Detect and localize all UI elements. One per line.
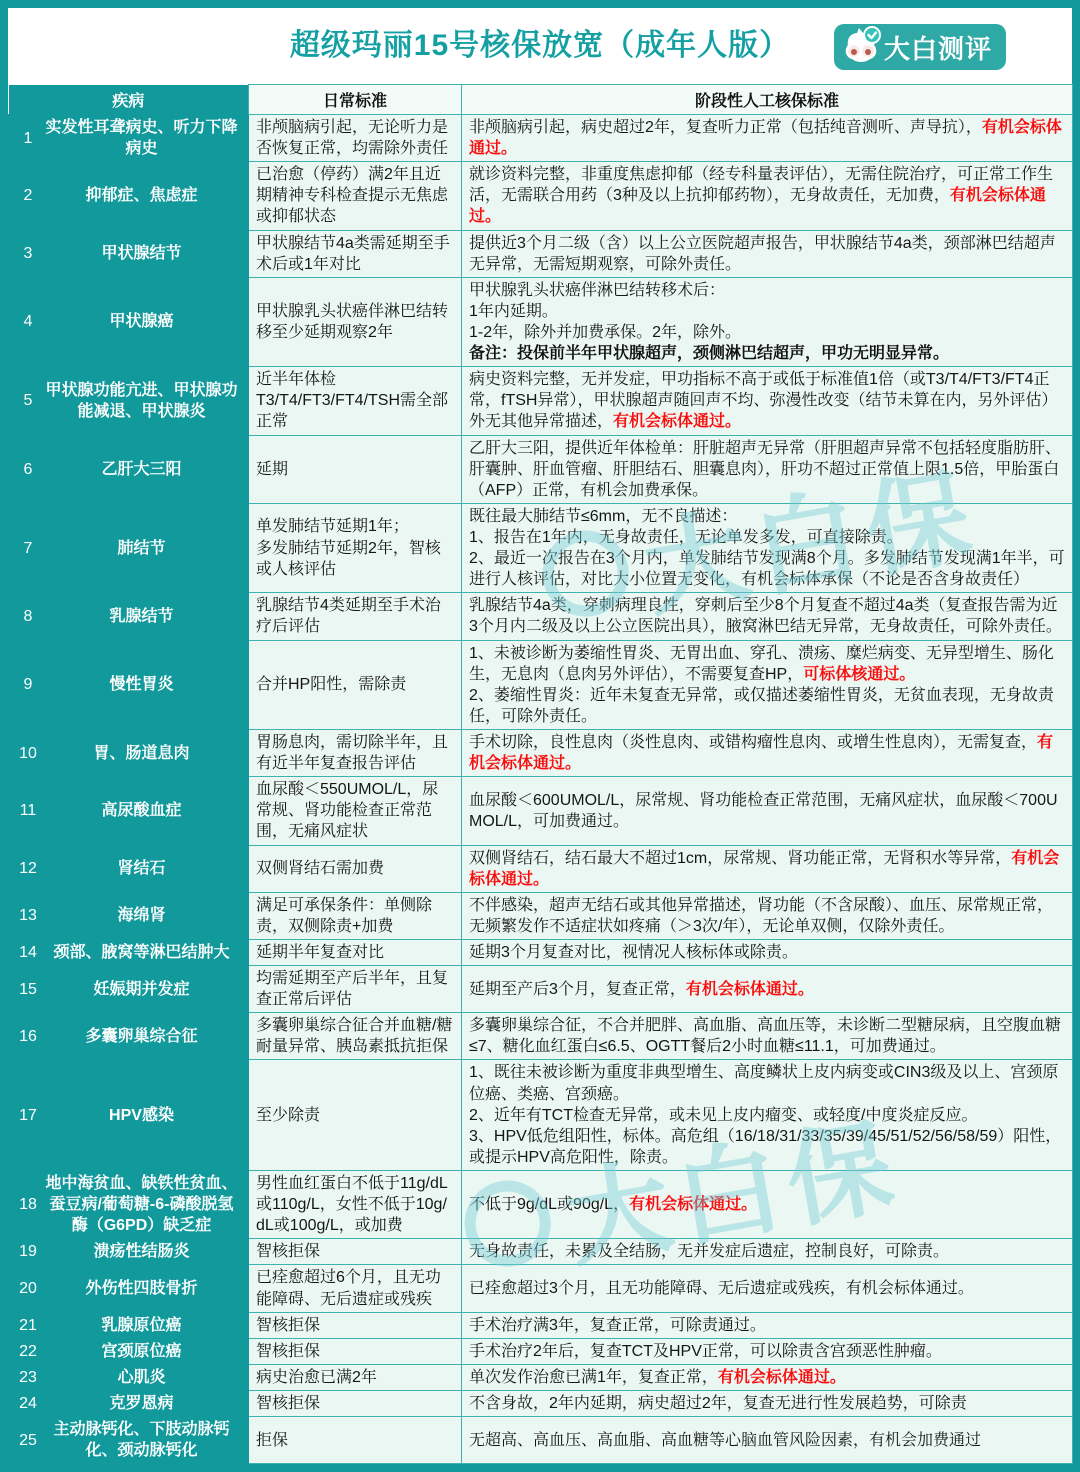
- cell-text: 不伴感染，超声无结石或其他异常描述，肾功能（不含尿酸）、血压、尿常规正常，无频繁…: [469, 897, 1053, 935]
- daily-standard-paragraph: 男性血红蛋白不低于11g/dL或110g/L，女性不低于10g/dL或100g/…: [256, 1173, 454, 1236]
- manual-standard-paragraph: 延期至产后3个月，复查正常，有机会标体通过。: [469, 979, 1065, 1000]
- disease-cell: 8乳腺结节: [9, 593, 249, 640]
- disease-name: 高尿酸血症: [45, 800, 246, 821]
- disease-cell-layout: 17HPV感染: [11, 1105, 246, 1126]
- disease-cell-layout: 4甲状腺癌: [11, 311, 246, 332]
- disease-cell-layout: 14颈部、腋窝等淋巴结肿大: [11, 942, 246, 963]
- manual-standard-cell: 已痊愈超过3个月，且无功能障碍、无后遗症或残疾，有机会标体通过。: [462, 1265, 1073, 1312]
- daily-standard-cell: 至少除责: [249, 1060, 462, 1171]
- manual-standard-paragraph: 2、最近一次报告在3个月内，单发肺结节发现满8个月。多发肺结节发现满1年半，可进…: [469, 548, 1065, 590]
- manual-standard-cell: 血尿酸＜600UMOL/L，尿常规、肾功能检查正常范围，无痛风症状，血尿酸＜70…: [462, 777, 1073, 845]
- daily-standard-paragraph: 智核拒保: [256, 1393, 454, 1414]
- daily-standard-cell: 智核拒保: [249, 1239, 462, 1265]
- manual-standard-cell: 乳腺结节4a类，穿刺病理良性，穿刺后至少8个月复查不超过4a类（复查报告需为近3…: [462, 593, 1073, 640]
- disease-name: 地中海贫血、缺铁性贫血、蚕豆病/葡萄糖-6-磷酸脱氢酶（G6PD）缺乏症: [45, 1173, 246, 1236]
- highlight-red-text: 有机会标体通过。: [686, 981, 814, 998]
- row-number: 16: [11, 1026, 45, 1047]
- table-row: 2抑郁症、焦虑症已治愈（停药）满2年且近期精神专科检查提示无焦虑或抑郁状态就诊资…: [9, 162, 1073, 230]
- disease-cell: 21乳腺原位癌: [9, 1312, 249, 1338]
- disease-cell: 17HPV感染: [9, 1060, 249, 1171]
- table-row: 11高尿酸血症血尿酸＜550UMOL/L，尿常规、肾功能检查正常范围，无痛风症状…: [9, 777, 1073, 845]
- cell-text: 不低于9g/dL或90g/L，: [469, 1196, 629, 1213]
- cell-text: 无身故责任，未累及全结肠，无并发症后遗症，控制良好，可除责。: [469, 1243, 949, 1260]
- table-row: 9慢性胃炎合并HP阳性，需除责1、未被诊断为萎缩性胃炎、无胃出血、穿孔、溃疡、糜…: [9, 640, 1073, 729]
- disease-cell: 4甲状腺癌: [9, 277, 249, 366]
- manual-standard-paragraph: 不伴感染，超声无结石或其他异常描述，肾功能（不含尿酸）、血压、尿常规正常，无频繁…: [469, 895, 1065, 937]
- cell-text: 2、近年有TCT检查无异常，或未见上皮内瘤变、或轻度/中度炎症反应。: [469, 1107, 977, 1124]
- table-head: 疾病 日常标准 阶段性人工核保标准: [9, 85, 1073, 115]
- disease-cell-layout: 24克罗恩病: [11, 1393, 246, 1414]
- manual-standard-cell: 不含身故，2年内延期，病史超过2年，复查无进行性发展趋势，可除责: [462, 1391, 1073, 1417]
- daily-standard-paragraph: 甲状腺结节4a类需延期至手术后或1年对比: [256, 233, 454, 275]
- disease-cell-layout: 16多囊卵巢综合征: [11, 1026, 246, 1047]
- disease-name: 颈部、腋窝等淋巴结肿大: [45, 942, 246, 963]
- cell-text: T3/T4/FT3/FT4/TSH需全部正常: [256, 392, 448, 430]
- cell-text: 病史治愈已满2年: [256, 1369, 377, 1386]
- disease-cell-layout: 21乳腺原位癌: [11, 1315, 246, 1336]
- disease-cell: 15妊娠期并发症: [9, 966, 249, 1013]
- daily-standard-paragraph: 血尿酸＜550UMOL/L，尿常规、肾功能检查正常范围，无痛风症状: [256, 779, 454, 842]
- disease-cell-layout: 19溃疡性结肠炎: [11, 1241, 246, 1262]
- daily-standard-paragraph: 病史治愈已满2年: [256, 1367, 454, 1388]
- daily-standard-paragraph: 智核拒保: [256, 1315, 454, 1336]
- row-number: 18: [11, 1194, 45, 1215]
- disease-cell-layout: 2抑郁症、焦虑症: [11, 185, 246, 206]
- row-number: 11: [11, 800, 45, 821]
- header-row: 疾病 日常标准 阶段性人工核保标准: [9, 85, 1073, 115]
- cell-text: 近半年体检: [256, 371, 336, 388]
- cell-text: 提供近3个月二级（含）以上公立医院超声报告，甲状腺结节4a类，颈部淋巴结超声无异…: [469, 235, 1056, 273]
- daily-standard-paragraph: 已痊愈超过6个月，且无功能障碍、无后遗症或残疾: [256, 1267, 454, 1309]
- disease-cell-layout: 9慢性胃炎: [11, 674, 246, 695]
- manual-standard-paragraph: 血尿酸＜600UMOL/L，尿常规、肾功能检查正常范围，无痛风症状，血尿酸＜70…: [469, 790, 1065, 832]
- disease-name: 妊娠期并发症: [45, 979, 246, 1000]
- daily-standard-cell: 拒保: [249, 1417, 462, 1464]
- table-row: 14颈部、腋窝等淋巴结肿大延期半年复查对比延期3个月复查对比，视情况人核标体或除…: [9, 939, 1073, 965]
- cell-text: 手术切除，良性息肉（炎性息肉、或错构瘤性息肉、或增生性息肉），无需复查，: [469, 734, 1037, 751]
- cell-text: 智核拒保: [256, 1343, 320, 1360]
- disease-cell-layout: 10胃、肠道息肉: [11, 743, 246, 764]
- disease-cell-layout: 23心肌炎: [11, 1367, 246, 1388]
- disease-cell: 5甲状腺功能亢进、甲状腺功能减退、甲状腺炎: [9, 367, 249, 435]
- highlight-red-text: 有机会标体通过。: [613, 413, 741, 430]
- table-row: 1实发性耳聋病史、听力下降病史非颅脑病引起，无论听力是否恢复正常，均需除外责任非…: [9, 115, 1073, 162]
- row-number: 9: [11, 674, 45, 695]
- cell-text: 手术治疗满3年，复查正常，可除责通过。: [469, 1317, 766, 1334]
- manual-standard-paragraph: 2、近年有TCT检查无异常，或未见上皮内瘤变、或轻度/中度炎症反应。: [469, 1105, 1065, 1126]
- daily-standard-cell: 已治愈（停药）满2年且近期精神专科检查提示无焦虑或抑郁状态: [249, 162, 462, 230]
- table-row: 25主动脉钙化、下肢动脉钙化、颈动脉钙化拒保无超高、高血压、高血脂、高血糖等心脑…: [9, 1417, 1073, 1464]
- daily-standard-cell: 乳腺结节4类延期至手术治疗后评估: [249, 593, 462, 640]
- manual-standard-cell: 1、既往未被诊断为重度非典型增生、高度鳞状上皮内病变或CIN3级及以上、宫颈原位…: [462, 1060, 1073, 1171]
- disease-cell-layout: 13海绵肾: [11, 905, 246, 926]
- manual-standard-cell: 就诊资料完整，非重度焦虑抑郁（经专科量表评估），无需住院治疗，可正常工作生活，无…: [462, 162, 1073, 230]
- manual-standard-cell: 手术切除，良性息肉（炎性息肉、或错构瘤性息肉、或增生性息肉），无需复查，有机会标…: [462, 729, 1073, 776]
- daily-standard-paragraph: 甲状腺乳头状癌伴淋巴结转移至少延期观察2年: [256, 301, 454, 343]
- cell-text: 双侧肾结石，结石最大不超过1cm，尿常规、肾功能正常，无肾积水等异常，: [469, 850, 1011, 867]
- manual-standard-paragraph: 手术治疗2年后，复查TCT及HPV正常，可以除责含宫颈恶性肿瘤。: [469, 1341, 1065, 1362]
- disease-name: 抑郁症、焦虑症: [45, 185, 246, 206]
- cell-text: 血尿酸＜600UMOL/L，尿常规、肾功能检查正常范围，无痛风症状，血尿酸＜70…: [469, 792, 1058, 830]
- daily-standard-paragraph: 至少除责: [256, 1105, 454, 1126]
- manual-standard-paragraph: 乳腺结节4a类，穿刺病理良性，穿刺后至少8个月复查不超过4a类（复查报告需为近3…: [469, 595, 1065, 637]
- column-header-daily-standard: 日常标准: [249, 85, 462, 115]
- cell-text: 不含身故，2年内延期，病史超过2年，复查无进行性发展趋势，可除责: [469, 1395, 967, 1412]
- row-number: 19: [11, 1241, 45, 1262]
- daily-standard-cell: 单发肺结节延期1年；多发肺结节延期2年，智核或人核评估: [249, 503, 462, 592]
- cell-text: 2、萎缩性胃炎：近年未复查无异常，或仅描述萎缩性胃炎，无贫血表现，无身故责任，可…: [469, 687, 1054, 725]
- daily-standard-cell: 病史治愈已满2年: [249, 1364, 462, 1390]
- table-row: 18地中海贫血、缺铁性贫血、蚕豆病/葡萄糖-6-磷酸脱氢酶（G6PD）缺乏症男性…: [9, 1171, 1073, 1239]
- daily-standard-cell: 非颅脑病引起，无论听力是否恢复正常，均需除外责任: [249, 115, 462, 162]
- daily-standard-paragraph: 合并HP阳性，需除责: [256, 674, 454, 695]
- manual-standard-paragraph: 非颅脑病引起，病史超过2年，复查听力正常（包括纯音测听、声导抗），有机会标体通过…: [469, 117, 1065, 159]
- disease-cell: 22宫颈原位癌: [9, 1338, 249, 1364]
- daily-standard-paragraph: 胃肠息肉，需切除半年，且有近半年复查报告评估: [256, 732, 454, 774]
- daily-standard-paragraph: 单发肺结节延期1年；: [256, 516, 454, 537]
- table-row: 15妊娠期并发症均需延期至产后半年，且复查正常后评估延期至产后3个月，复查正常，…: [9, 966, 1073, 1013]
- daily-standard-cell: 血尿酸＜550UMOL/L，尿常规、肾功能检查正常范围，无痛风症状: [249, 777, 462, 845]
- daily-standard-cell: 智核拒保: [249, 1312, 462, 1338]
- manual-standard-cell: 无身故责任，未累及全结肠，无并发症后遗症，控制良好，可除责。: [462, 1239, 1073, 1265]
- table-body: 1实发性耳聋病史、听力下降病史非颅脑病引起，无论听力是否恢复正常，均需除外责任非…: [9, 115, 1073, 1464]
- disease-cell-layout: 20外伤性四肢骨折: [11, 1278, 246, 1299]
- cell-text: 乳腺结节4a类，穿刺病理良性，穿刺后至少8个月复查不超过4a类（复查报告需为近3…: [469, 597, 1062, 635]
- highlight-red-text: 可标体核通过。: [803, 666, 915, 683]
- daily-standard-cell: 双侧肾结石需加费: [249, 845, 462, 892]
- row-number: 15: [11, 979, 45, 1000]
- table-row: 22宫颈原位癌智核拒保手术治疗2年后，复查TCT及HPV正常，可以除责含宫颈恶性…: [9, 1338, 1073, 1364]
- disease-name: 溃疡性结肠炎: [45, 1241, 246, 1262]
- manual-standard-paragraph: 1-2年，除外并加费承保。2年，除外。: [469, 322, 1065, 343]
- manual-standard-cell: 手术治疗满3年，复查正常，可除责通过。: [462, 1312, 1073, 1338]
- row-number: 25: [11, 1430, 45, 1451]
- cell-text: 延期3个月复查对比，视情况人核标体或除责。: [469, 944, 798, 961]
- table-row: 20外伤性四肢骨折已痊愈超过6个月，且无功能障碍、无后遗症或残疾已痊愈超过3个月…: [9, 1265, 1073, 1312]
- disease-cell: 24克罗恩病: [9, 1391, 249, 1417]
- cell-text: 乳腺结节4类延期至手术治疗后评估: [256, 597, 441, 635]
- manual-standard-paragraph: 不低于9g/dL或90g/L，有机会标体通过。: [469, 1194, 1065, 1215]
- highlight-red-text: 有机会标体通过。: [629, 1196, 757, 1213]
- manual-standard-cell: 病史资料完整，无并发症，甲功指标不高于或低于标准值1倍（或T3/T4/FT3/F…: [462, 367, 1073, 435]
- daily-standard-paragraph: 非颅脑病引起，无论听力是否恢复正常，均需除外责任: [256, 117, 454, 159]
- disease-name: 多囊卵巢综合征: [45, 1026, 246, 1047]
- row-number: 13: [11, 905, 45, 926]
- manual-standard-cell: 非颅脑病引起，病史超过2年，复查听力正常（包括纯音测听、声导抗），有机会标体通过…: [462, 115, 1073, 162]
- cell-text: 拒保: [256, 1432, 288, 1449]
- manual-standard-paragraph: 不含身故，2年内延期，病史超过2年，复查无进行性发展趋势，可除责: [469, 1393, 1065, 1414]
- manual-standard-paragraph: 延期3个月复查对比，视情况人核标体或除责。: [469, 942, 1065, 963]
- manual-standard-paragraph: 2、萎缩性胃炎：近年未复查无异常，或仅描述萎缩性胃炎，无贫血表现，无身故责任，可…: [469, 685, 1065, 727]
- table-row: 16多囊卵巢综合征多囊卵巢综合征合并血糖/糖耐量异常、胰岛素抵抗拒保多囊卵巢综合…: [9, 1013, 1073, 1060]
- cell-text: 至少除责: [256, 1107, 320, 1124]
- manual-standard-cell: 延期3个月复查对比，视情况人核标体或除责。: [462, 939, 1073, 965]
- cell-text: 延期: [256, 461, 288, 478]
- column-header-disease: 疾病: [9, 85, 249, 115]
- cell-text: 智核拒保: [256, 1243, 320, 1260]
- disease-cell: 6乙肝大三阳: [9, 435, 249, 503]
- disease-name: 外伤性四肢骨折: [45, 1278, 246, 1299]
- cell-text: 2、最近一次报告在3个月内，单发肺结节发现满8个月。多发肺结节发现满1年半，可进…: [469, 550, 1065, 588]
- disease-cell: 16多囊卵巢综合征: [9, 1013, 249, 1060]
- manual-standard-paragraph: 提供近3个月二级（含）以上公立医院超声报告，甲状腺结节4a类，颈部淋巴结超声无异…: [469, 233, 1065, 275]
- disease-cell: 9慢性胃炎: [9, 640, 249, 729]
- manual-standard-paragraph: 病史资料完整，无并发症，甲功指标不高于或低于标准值1倍（或T3/T4/FT3/F…: [469, 369, 1065, 432]
- cell-text: 1、报告在1年内，无身故责任，无论单发多发，可直接除责。: [469, 529, 903, 546]
- daily-standard-paragraph: T3/T4/FT3/FT4/TSH需全部正常: [256, 390, 454, 432]
- disease-name: 主动脉钙化、下肢动脉钙化、颈动脉钙化: [45, 1419, 246, 1461]
- disease-cell-layout: 5甲状腺功能亢进、甲状腺功能减退、甲状腺炎: [11, 380, 246, 422]
- manual-standard-cell: 多囊卵巢综合征，不合并肥胖、高血脂、高血压等，未诊断二型糖尿病，且空腹血糖≤7、…: [462, 1013, 1073, 1060]
- disease-name: 肾结石: [45, 858, 246, 879]
- table-row: 23心肌炎病史治愈已满2年单次发作治愈已满1年，复查正常，有机会标体通过。: [9, 1364, 1073, 1390]
- disease-name: 慢性胃炎: [45, 674, 246, 695]
- manual-standard-cell: 既往最大肺结节≤6mm，无不良描述：1、报告在1年内，无身故责任，无论单发多发，…: [462, 503, 1073, 592]
- row-number: 3: [11, 243, 45, 264]
- manual-standard-paragraph: 无超高、高血压、高血脂、高血糖等心脑血管风险因素，有机会加费通过: [469, 1430, 1065, 1451]
- table-row: 8乳腺结节乳腺结节4类延期至手术治疗后评估乳腺结节4a类，穿刺病理良性，穿刺后至…: [9, 593, 1073, 640]
- daily-standard-paragraph: 均需延期至产后半年，且复查正常后评估: [256, 968, 454, 1010]
- daily-standard-paragraph: 延期半年复查对比: [256, 942, 454, 963]
- daily-standard-paragraph: 乳腺结节4类延期至手术治疗后评估: [256, 595, 454, 637]
- manual-standard-paragraph: 多囊卵巢综合征，不合并肥胖、高血脂、高血压等，未诊断二型糖尿病，且空腹血糖≤7、…: [469, 1015, 1065, 1057]
- daily-standard-cell: 已痊愈超过6个月，且无功能障碍、无后遗症或残疾: [249, 1265, 462, 1312]
- daily-standard-cell: 合并HP阳性，需除责: [249, 640, 462, 729]
- row-number: 4: [11, 311, 45, 332]
- daily-standard-cell: 胃肠息肉，需切除半年，且有近半年复查报告评估: [249, 729, 462, 776]
- disease-name: 乙肝大三阳: [45, 459, 246, 480]
- cell-text: 均需延期至产后半年，且复查正常后评估: [256, 970, 448, 1008]
- brand-logo-label: 大白测评: [884, 29, 992, 66]
- daily-standard-paragraph: 双侧肾结石需加费: [256, 858, 454, 879]
- cell-text: 多发肺结节延期2年，智核或人核评估: [256, 540, 441, 578]
- mascot-icon: [838, 24, 884, 70]
- table-row: 12肾结石双侧肾结石需加费双侧肾结石，结石最大不超过1cm，尿常规、肾功能正常，…: [9, 845, 1073, 892]
- cell-text: 双侧肾结石需加费: [256, 860, 384, 877]
- cell-text: 3、HPV低危组阳性，标体。高危组（16/18/31/33/35/39/45/5…: [469, 1128, 1061, 1166]
- disease-name: 甲状腺结节: [45, 243, 246, 264]
- disease-cell-layout: 15妊娠期并发症: [11, 979, 246, 1000]
- table-row: 21乳腺原位癌智核拒保手术治疗满3年，复查正常，可除责通过。: [9, 1312, 1073, 1338]
- manual-standard-paragraph: 单次发作治愈已满1年，复查正常，有机会标体通过。: [469, 1367, 1065, 1388]
- cell-text: 非颅脑病引起，无论听力是否恢复正常，均需除外责任: [256, 119, 448, 157]
- daily-standard-cell: 近半年体检T3/T4/FT3/FT4/TSH需全部正常: [249, 367, 462, 435]
- row-number: 5: [11, 390, 45, 411]
- disease-cell: 18地中海贫血、缺铁性贫血、蚕豆病/葡萄糖-6-磷酸脱氢酶（G6PD）缺乏症: [9, 1171, 249, 1239]
- manual-standard-paragraph: 1、报告在1年内，无身故责任，无论单发多发，可直接除责。: [469, 527, 1065, 548]
- disease-name: 胃、肠道息肉: [45, 743, 246, 764]
- cell-text: 男性血红蛋白不低于11g/dL或110g/L，女性不低于10g/dL或100g/…: [256, 1175, 448, 1234]
- cell-text: 甲状腺乳头状癌伴淋巴结转移术后：: [469, 282, 725, 299]
- row-number: 17: [11, 1105, 45, 1126]
- disease-cell-layout: 6乙肝大三阳: [11, 459, 246, 480]
- manual-standard-paragraph: 1年内延期。: [469, 301, 1065, 322]
- manual-standard-cell: 不伴感染，超声无结石或其他异常描述，肾功能（不含尿酸）、血压、尿常规正常，无频繁…: [462, 892, 1073, 939]
- cell-text: 甲状腺乳头状癌伴淋巴结转移至少延期观察2年: [256, 303, 448, 341]
- disease-cell: 23心肌炎: [9, 1364, 249, 1390]
- manual-standard-paragraph: 备注：投保前半年甲状腺超声，颈侧淋巴结超声，甲功无明显异常。: [469, 343, 1065, 364]
- column-header-manual-standard: 阶段性人工核保标准: [462, 85, 1073, 115]
- manual-standard-paragraph: 手术切除，良性息肉（炎性息肉、或错构瘤性息肉、或增生性息肉），无需复查，有机会标…: [469, 732, 1065, 774]
- note-bold-text: 备注：投保前半年甲状腺超声，颈侧淋巴结超声，甲功无明显异常。: [469, 345, 949, 362]
- manual-standard-paragraph: 甲状腺乳头状癌伴淋巴结转移术后：: [469, 280, 1065, 301]
- disease-name: 宫颈原位癌: [45, 1341, 246, 1362]
- manual-standard-paragraph: 无身故责任，未累及全结肠，无并发症后遗症，控制良好，可除责。: [469, 1241, 1065, 1262]
- underwriting-table: 疾病 日常标准 阶段性人工核保标准 1实发性耳聋病史、听力下降病史非颅脑病引起，…: [8, 84, 1073, 1464]
- poster-frame: 超级玛丽15号核保放宽（成年人版） 大白测评 疾病: [0, 0, 1080, 1472]
- disease-cell: 11高尿酸血症: [9, 777, 249, 845]
- cell-text: 甲状腺结节4a类需延期至手术后或1年对比: [256, 235, 450, 273]
- daily-standard-cell: 延期: [249, 435, 462, 503]
- cell-text: 已治愈（停药）满2年且近期精神专科检查提示无焦虑或抑郁状态: [256, 166, 448, 225]
- table-row: 6乙肝大三阳延期乙肝大三阳，提供近年体检单：肝脏超声无异常（肝胆超声异常不包括轻…: [9, 435, 1073, 503]
- manual-standard-paragraph: 已痊愈超过3个月，且无功能障碍、无后遗症或残疾，有机会标体通过。: [469, 1278, 1065, 1299]
- cell-text: 既往最大肺结节≤6mm，无不良描述：: [469, 508, 737, 525]
- table-row: 7肺结节单发肺结节延期1年；多发肺结节延期2年，智核或人核评估既往最大肺结节≤6…: [9, 503, 1073, 592]
- disease-cell-layout: 18地中海贫血、缺铁性贫血、蚕豆病/葡萄糖-6-磷酸脱氢酶（G6PD）缺乏症: [11, 1173, 246, 1236]
- daily-standard-paragraph: 满足可承保条件：单侧除责，双侧除责+加费: [256, 895, 454, 937]
- highlight-red-text: 有机会标体通过。: [718, 1369, 846, 1386]
- disease-cell: 12肾结石: [9, 845, 249, 892]
- disease-name: 克罗恩病: [45, 1393, 246, 1414]
- daily-standard-paragraph: 智核拒保: [256, 1241, 454, 1262]
- disease-cell: 13海绵肾: [9, 892, 249, 939]
- cell-text: 单发肺结节延期1年；: [256, 518, 409, 535]
- cell-text: 已痊愈超过6个月，且无功能障碍、无后遗症或残疾: [256, 1269, 441, 1307]
- row-number: 20: [11, 1278, 45, 1299]
- disease-cell: 1实发性耳聋病史、听力下降病史: [9, 115, 249, 162]
- row-number: 1: [11, 128, 45, 149]
- daily-standard-paragraph: 拒保: [256, 1430, 454, 1451]
- table-row: 17HPV感染至少除责1、既往未被诊断为重度非典型增生、高度鳞状上皮内病变或CI…: [9, 1060, 1073, 1171]
- manual-standard-cell: 单次发作治愈已满1年，复查正常，有机会标体通过。: [462, 1364, 1073, 1390]
- manual-standard-cell: 无超高、高血压、高血脂、高血糖等心脑血管风险因素，有机会加费通过: [462, 1417, 1073, 1464]
- cell-text: 非颅脑病引起，病史超过2年，复查听力正常（包括纯音测听、声导抗），: [469, 119, 982, 136]
- manual-standard-cell: 双侧肾结石，结石最大不超过1cm，尿常规、肾功能正常，无肾积水等异常，有机会标体…: [462, 845, 1073, 892]
- manual-standard-paragraph: 1、未被诊断为萎缩性胃炎、无胃出血、穿孔、溃疡、糜烂病变、无异型增生、肠化生，无…: [469, 643, 1065, 685]
- row-number: 21: [11, 1315, 45, 1336]
- daily-standard-paragraph: 多发肺结节延期2年，智核或人核评估: [256, 538, 454, 580]
- cell-text: 延期半年复查对比: [256, 944, 384, 961]
- disease-cell: 10胃、肠道息肉: [9, 729, 249, 776]
- row-number: 12: [11, 858, 45, 879]
- cell-text: 1、未被诊断为萎缩性胃炎、无胃出血、穿孔、溃疡、糜烂病变、无异型增生、肠化生，无…: [469, 645, 1054, 683]
- row-number: 2: [11, 185, 45, 206]
- disease-name: 甲状腺癌: [45, 311, 246, 332]
- disease-cell-layout: 25主动脉钙化、下肢动脉钙化、颈动脉钙化: [11, 1419, 246, 1461]
- manual-standard-paragraph: 乙肝大三阳，提供近年体检单：肝脏超声无异常（肝胆超声异常不包括轻度脂肪肝、肝囊肿…: [469, 438, 1065, 501]
- daily-standard-cell: 智核拒保: [249, 1391, 462, 1417]
- table-row: 19溃疡性结肠炎智核拒保无身故责任，未累及全结肠，无并发症后遗症，控制良好，可除…: [9, 1239, 1073, 1265]
- disease-name: 甲状腺功能亢进、甲状腺功能减退、甲状腺炎: [45, 380, 246, 422]
- daily-standard-paragraph: 多囊卵巢综合征合并血糖/糖耐量异常、胰岛素抵抗拒保: [256, 1015, 454, 1057]
- table-row: 5甲状腺功能亢进、甲状腺功能减退、甲状腺炎近半年体检T3/T4/FT3/FT4/…: [9, 367, 1073, 435]
- disease-cell: 2抑郁症、焦虑症: [9, 162, 249, 230]
- cell-text: 延期至产后3个月，复查正常，: [469, 981, 686, 998]
- manual-standard-paragraph: 3、HPV低危组阳性，标体。高危组（16/18/31/33/35/39/45/5…: [469, 1126, 1065, 1168]
- row-number: 8: [11, 606, 45, 627]
- disease-cell: 14颈部、腋窝等淋巴结肿大: [9, 939, 249, 965]
- disease-name: HPV感染: [45, 1105, 246, 1126]
- daily-standard-cell: 智核拒保: [249, 1338, 462, 1364]
- manual-standard-paragraph: 1、既往未被诊断为重度非典型增生、高度鳞状上皮内病变或CIN3级及以上、宫颈原位…: [469, 1062, 1065, 1104]
- manual-standard-paragraph: 既往最大肺结节≤6mm，无不良描述：: [469, 506, 1065, 527]
- daily-standard-paragraph: 智核拒保: [256, 1341, 454, 1362]
- disease-cell-layout: 12肾结石: [11, 858, 246, 879]
- cell-text: 乙肝大三阳，提供近年体检单：肝脏超声无异常（肝胆超声异常不包括轻度脂肪肝、肝囊肿…: [469, 440, 1061, 499]
- table-row: 10胃、肠道息肉胃肠息肉，需切除半年，且有近半年复查报告评估手术切除，良性息肉（…: [9, 729, 1073, 776]
- content-area: 超级玛丽15号核保放宽（成年人版） 大白测评 疾病: [8, 8, 1072, 1464]
- table-row: 4甲状腺癌甲状腺乳头状癌伴淋巴结转移至少延期观察2年甲状腺乳头状癌伴淋巴结转移术…: [9, 277, 1073, 366]
- manual-standard-cell: 手术治疗2年后，复查TCT及HPV正常，可以除责含宫颈恶性肿瘤。: [462, 1338, 1073, 1364]
- cell-text: 病史资料完整，无并发症，甲功指标不高于或低于标准值1倍（或T3/T4/FT3/F…: [469, 371, 1057, 430]
- manual-standard-cell: 1、未被诊断为萎缩性胃炎、无胃出血、穿孔、溃疡、糜烂病变、无异型增生、肠化生，无…: [462, 640, 1073, 729]
- daily-standard-cell: 男性血红蛋白不低于11g/dL或110g/L，女性不低于10g/dL或100g/…: [249, 1171, 462, 1239]
- table-row: 3甲状腺结节甲状腺结节4a类需延期至手术后或1年对比提供近3个月二级（含）以上公…: [9, 230, 1073, 277]
- cell-text: 多囊卵巢综合征合并血糖/糖耐量异常、胰岛素抵抗拒保: [256, 1017, 452, 1055]
- cell-text: 血尿酸＜550UMOL/L，尿常规、肾功能检查正常范围，无痛风症状: [256, 781, 438, 840]
- manual-standard-cell: 不低于9g/dL或90g/L，有机会标体通过。: [462, 1171, 1073, 1239]
- cell-text: 满足可承保条件：单侧除责，双侧除责+加费: [256, 897, 432, 935]
- manual-standard-cell: 延期至产后3个月，复查正常，有机会标体通过。: [462, 966, 1073, 1013]
- daily-standard-cell: 延期半年复查对比: [249, 939, 462, 965]
- disease-cell: 20外伤性四肢骨折: [9, 1265, 249, 1312]
- row-number: 23: [11, 1367, 45, 1388]
- disease-cell: 25主动脉钙化、下肢动脉钙化、颈动脉钙化: [9, 1417, 249, 1464]
- disease-name: 实发性耳聋病史、听力下降病史: [45, 117, 246, 159]
- row-number: 7: [11, 538, 45, 559]
- cell-text: 无超高、高血压、高血脂、高血糖等心脑血管风险因素，有机会加费通过: [469, 1432, 981, 1449]
- disease-cell-layout: 1实发性耳聋病史、听力下降病史: [11, 117, 246, 159]
- manual-standard-paragraph: 双侧肾结石，结石最大不超过1cm，尿常规、肾功能正常，无肾积水等异常，有机会标体…: [469, 848, 1065, 890]
- header-band: 超级玛丽15号核保放宽（成年人版） 大白测评: [8, 8, 1072, 84]
- manual-standard-paragraph: 手术治疗满3年，复查正常，可除责通过。: [469, 1315, 1065, 1336]
- row-number: 6: [11, 459, 45, 480]
- disease-cell: 19溃疡性结肠炎: [9, 1239, 249, 1265]
- row-number: 22: [11, 1341, 45, 1362]
- disease-name: 肺结节: [45, 538, 246, 559]
- daily-standard-cell: 满足可承保条件：单侧除责，双侧除责+加费: [249, 892, 462, 939]
- disease-cell-layout: 22宫颈原位癌: [11, 1341, 246, 1362]
- row-number: 10: [11, 743, 45, 764]
- disease-cell-layout: 3甲状腺结节: [11, 243, 246, 264]
- disease-name: 海绵肾: [45, 905, 246, 926]
- row-number: 24: [11, 1393, 45, 1414]
- table-row: 24克罗恩病智核拒保不含身故，2年内延期，病史超过2年，复查无进行性发展趋势，可…: [9, 1391, 1073, 1417]
- cell-text: 合并HP阳性，需除责: [256, 676, 406, 693]
- daily-standard-paragraph: 延期: [256, 459, 454, 480]
- cell-text: 多囊卵巢综合征，不合并肥胖、高血脂、高血压等，未诊断二型糖尿病，且空腹血糖≤7、…: [469, 1017, 1061, 1055]
- cell-text: 智核拒保: [256, 1317, 320, 1334]
- cell-text: 智核拒保: [256, 1395, 320, 1412]
- daily-standard-paragraph: 近半年体检: [256, 369, 454, 390]
- disease-name: 乳腺结节: [45, 606, 246, 627]
- disease-cell-layout: 11高尿酸血症: [11, 800, 246, 821]
- disease-cell: 7肺结节: [9, 503, 249, 592]
- disease-cell-layout: 8乳腺结节: [11, 606, 246, 627]
- table-row: 13海绵肾满足可承保条件：单侧除责，双侧除责+加费不伴感染，超声无结石或其他异常…: [9, 892, 1073, 939]
- daily-standard-cell: 甲状腺结节4a类需延期至手术后或1年对比: [249, 230, 462, 277]
- cell-text: 单次发作治愈已满1年，复查正常，: [469, 1369, 718, 1386]
- daily-standard-cell: 均需延期至产后半年，且复查正常后评估: [249, 966, 462, 1013]
- cell-text: 手术治疗2年后，复查TCT及HPV正常，可以除责含宫颈恶性肿瘤。: [469, 1343, 942, 1360]
- disease-name: 心肌炎: [45, 1367, 246, 1388]
- manual-standard-cell: 甲状腺乳头状癌伴淋巴结转移术后：1年内延期。1-2年，除外并加费承保。2年，除外…: [462, 277, 1073, 366]
- daily-standard-paragraph: 已治愈（停药）满2年且近期精神专科检查提示无焦虑或抑郁状态: [256, 164, 454, 227]
- row-number: 14: [11, 942, 45, 963]
- cell-text: 已痊愈超过3个月，且无功能障碍、无后遗症或残疾，有机会标体通过。: [469, 1280, 974, 1297]
- disease-name: 乳腺原位癌: [45, 1315, 246, 1336]
